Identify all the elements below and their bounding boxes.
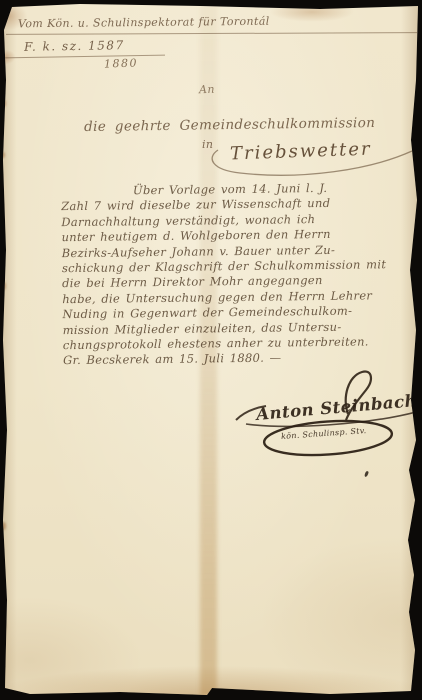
edge-stain bbox=[2, 522, 6, 530]
place-flourish-arc bbox=[202, 138, 422, 182]
edge-stain bbox=[2, 282, 6, 290]
edge-stain bbox=[1, 422, 5, 429]
scanned-document-photo: Vom Kön. u. Schulinspektorat für Torontá… bbox=[0, 0, 422, 700]
edge-stain bbox=[1, 622, 6, 631]
salutation: An bbox=[199, 83, 215, 97]
file-number: F. k. sz. 1587 bbox=[24, 38, 125, 54]
recipient-line: die geehrte Gemeindeschulkommission bbox=[84, 115, 376, 135]
body-text: Über Vorlage vom 14. Juni l. J. Zahl 7 w… bbox=[61, 180, 419, 369]
header-sender-line: Vom Kön. u. Schulinspektorat für Torontá… bbox=[18, 15, 270, 31]
body-line date-line: Gr. Becskerek am 15. Juli 1880. — bbox=[63, 349, 419, 369]
manuscript-page: Vom Kön. u. Schulinspektorat für Torontá… bbox=[0, 0, 422, 700]
file-year: 1880 bbox=[104, 56, 138, 70]
edge-stain bbox=[2, 100, 6, 107]
ink-speck bbox=[364, 471, 369, 478]
file-number-rule bbox=[2, 55, 165, 59]
edge-stain bbox=[1, 152, 5, 158]
